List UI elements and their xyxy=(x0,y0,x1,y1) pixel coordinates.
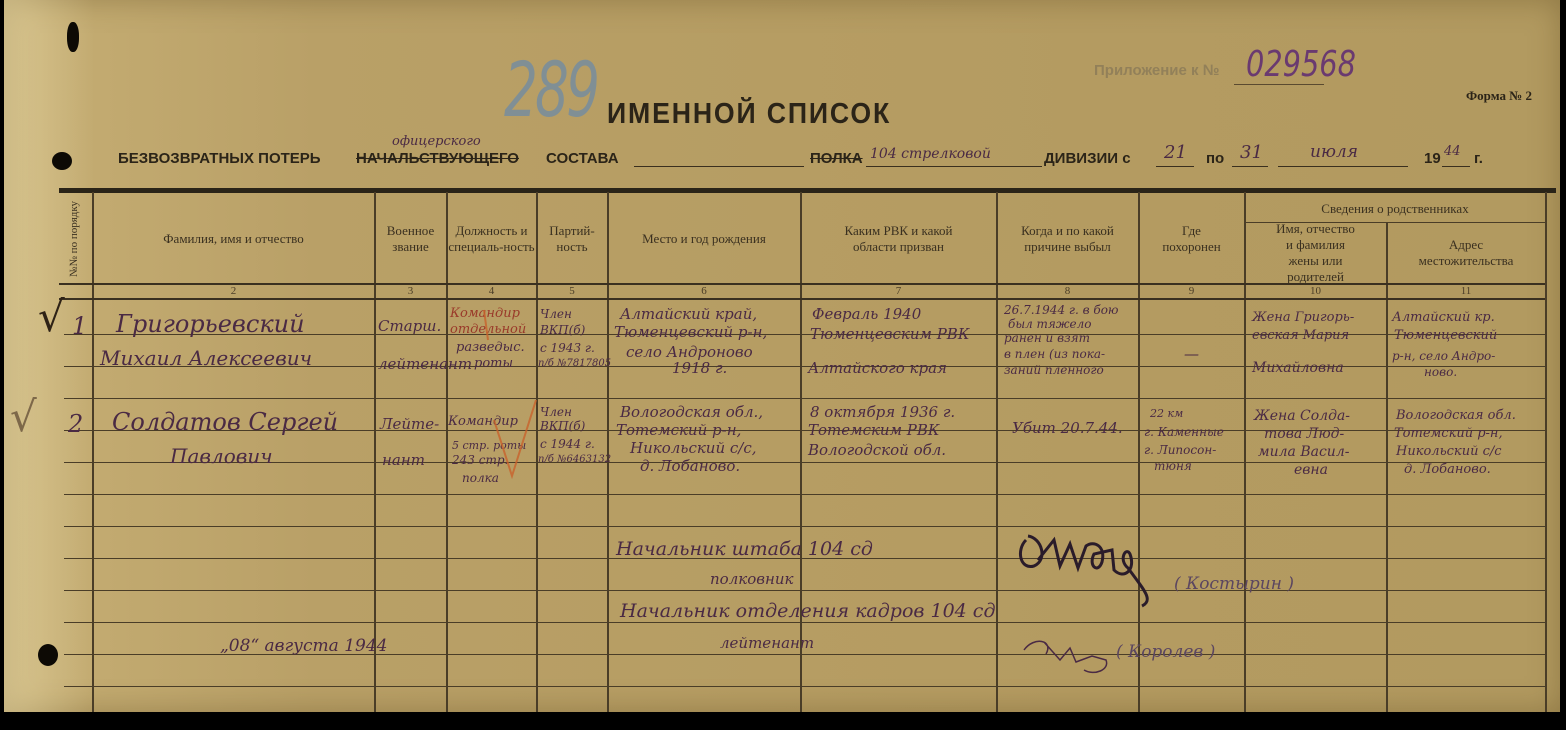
appendix-number: 029568 xyxy=(1246,44,1356,85)
unit-underline xyxy=(866,166,1042,167)
buried-value: — xyxy=(1184,346,1199,362)
rank-line: нант xyxy=(382,452,425,468)
buried-line: г. Каменные xyxy=(1144,424,1224,440)
punch-hole-bottom xyxy=(38,644,58,666)
chief-of-staff-title: Начальник штаба 104 сд xyxy=(616,538,873,560)
row-rule xyxy=(64,686,1545,687)
table-top-border xyxy=(59,188,1556,193)
document-page: 289 ИМЕННОЙ СПИСОК Приложение к № 029568… xyxy=(4,0,1560,712)
birth-line: Тюменцевский р-н, xyxy=(614,324,767,340)
col-number: 4 xyxy=(447,285,536,297)
document-title: ИМЕННОЙ СПИСОК xyxy=(607,98,891,131)
relative-line: Жена Солда- xyxy=(1254,408,1350,424)
punch-hole-top xyxy=(67,22,79,52)
left-line: Убит 20.7.44. xyxy=(1012,420,1123,436)
drafted-line: Алтайского края xyxy=(808,360,947,376)
birth-line: село Андроново xyxy=(626,344,753,360)
document-date: „08“ августа 1944 xyxy=(220,636,387,656)
header-col-11: Адрес местожительства xyxy=(1387,223,1545,283)
drafted-line: Вологодской обл. xyxy=(808,442,946,458)
person-given-names: Михаил Алексеевич xyxy=(100,346,312,370)
unit-name: 104 стрелковой xyxy=(870,146,991,162)
personnel-chief-name: ( Королев ) xyxy=(1116,642,1215,662)
address-line: Тотемский р-н, xyxy=(1394,426,1503,442)
checkmark-icon: √ xyxy=(10,392,37,441)
year-end: г. xyxy=(1474,150,1483,167)
relative-line: това Люд- xyxy=(1264,426,1344,442)
row-rule xyxy=(64,622,1545,623)
row-rule xyxy=(64,590,1545,591)
buried-line: 22 км xyxy=(1150,406,1183,422)
address-line: ново. xyxy=(1424,364,1457,380)
year-underline xyxy=(1442,166,1470,167)
relative-line: евская Мария xyxy=(1252,328,1349,344)
col-number: 8 xyxy=(997,285,1138,297)
person-surname: Григорьевский xyxy=(116,310,305,338)
left-line: в плен (из пока- xyxy=(1004,346,1105,362)
drafted-line: 8 октября 1936 г. xyxy=(810,404,955,420)
punch-hole-middle xyxy=(52,152,72,170)
from-day: 21 xyxy=(1164,142,1187,163)
from-day-underline xyxy=(1156,166,1194,167)
row-rule xyxy=(64,526,1545,527)
header-col-5: Партий-ность xyxy=(537,196,607,282)
month-underline xyxy=(1278,166,1408,167)
subtitle-struck-regiment: ПОЛКА xyxy=(810,150,863,167)
to-day-underline xyxy=(1232,166,1268,167)
archive-stamp-number: 289 xyxy=(504,45,597,134)
subtitle-suffix: СОСТАВА xyxy=(546,150,619,167)
header-col-2: Фамилия, имя и отчество xyxy=(93,196,374,282)
relative-line: Михайловна xyxy=(1252,360,1344,376)
drafted-line: Тотемским РВК xyxy=(808,422,940,438)
row-number: 1 xyxy=(72,312,87,340)
col-number: 2 xyxy=(93,285,374,297)
col-number: 6 xyxy=(608,285,800,297)
left-line: ранен и взят xyxy=(1004,330,1090,346)
birth-line: Никольский с/с, xyxy=(630,440,757,456)
year-suffix: 44 xyxy=(1444,144,1461,159)
relative-line: Жена Григорь- xyxy=(1252,310,1354,326)
relative-line: евна xyxy=(1294,462,1328,478)
col-divider xyxy=(1545,192,1547,712)
chief-of-staff-name: ( Костырин ) xyxy=(1174,574,1294,594)
year-prefix: 19 xyxy=(1424,150,1441,167)
birth-line: 1918 г. xyxy=(672,360,727,376)
header-label: №№ по порядку xyxy=(66,201,82,277)
personnel-signature-icon xyxy=(1014,630,1124,690)
birth-line: Алтайский край, xyxy=(620,306,757,322)
birth-line: Тотемский р-н, xyxy=(616,422,741,438)
birth-line: Вологодская обл., xyxy=(620,404,763,420)
address-line: Тюменцевский xyxy=(1394,328,1497,344)
row-rule xyxy=(64,494,1545,495)
buried-line: г. Липосон- xyxy=(1144,442,1216,458)
chief-signature-icon xyxy=(1014,510,1174,610)
personnel-chief-rank: лейтенант xyxy=(720,634,814,652)
month: июля xyxy=(1310,142,1358,162)
address-line: Вологодская обл. xyxy=(1396,408,1516,424)
birth-line: д. Лобаново. xyxy=(640,458,740,474)
form-label: Форма № 2 xyxy=(1466,88,1532,104)
division-label: ДИВИЗИИ с xyxy=(1044,150,1131,167)
personnel-chief-title: Начальник отделения кадров 104 сд xyxy=(620,600,995,622)
person-surname-and-given: Солдатов Сергей xyxy=(112,408,338,436)
col-number: 10 xyxy=(1245,285,1386,297)
header-group-relatives: Сведения о родственниках xyxy=(1245,196,1545,222)
appendix-label: Приложение к № xyxy=(1094,62,1219,79)
header-col-9: Где похоронен xyxy=(1139,196,1244,282)
address-line: Алтайский кр. xyxy=(1392,310,1495,326)
checkmark-icon: √ xyxy=(38,292,65,341)
relative-line: мила Васил- xyxy=(1258,444,1349,460)
blank-line xyxy=(634,166,804,167)
red-check-mark-icon xyxy=(474,300,554,490)
header-col-3: Военное звание xyxy=(375,196,446,282)
address-line: р-н, село Андро- xyxy=(1392,348,1495,364)
col-number: 3 xyxy=(375,285,446,297)
subtitle-inserted-word: офицерского xyxy=(392,134,481,149)
row-rule xyxy=(64,398,1545,399)
header-col-10: Имя, отчество и фамилия жены или родител… xyxy=(1245,223,1386,283)
header-col-8: Когда и по какой причине выбыл xyxy=(997,196,1138,282)
column-number-border xyxy=(59,298,1545,300)
col-number: 5 xyxy=(537,285,607,297)
drafted-line: Тюменцевским РВК xyxy=(810,326,969,342)
col-number: 11 xyxy=(1387,285,1545,297)
address-line: д. Лобаново. xyxy=(1404,462,1491,478)
person-patronymic: Павлович xyxy=(170,444,273,468)
drafted-line: Февраль 1940 xyxy=(812,306,921,322)
chief-of-staff-rank: полковник xyxy=(710,570,793,588)
to-label: по xyxy=(1206,150,1224,167)
header-col-1: №№ по порядку xyxy=(56,196,92,282)
buried-line: тюня xyxy=(1154,458,1192,474)
rank-line: лейтенант xyxy=(378,356,472,372)
rank-line: Лейте- xyxy=(380,416,439,432)
subtitle-prefix: БЕЗВОЗВРАТНЫХ ПОТЕРЬ xyxy=(118,150,321,167)
left-line: заний пленного xyxy=(1004,362,1104,378)
subtitle-struck-word: НАЧАЛЬСТВУЮЩЕГО xyxy=(356,150,519,167)
address-line: Никольский с/с xyxy=(1396,444,1502,460)
header-col-6: Место и год рождения xyxy=(608,196,800,282)
col-number: 9 xyxy=(1139,285,1244,297)
to-day: 31 xyxy=(1240,142,1263,163)
col-number: 7 xyxy=(801,285,996,297)
rank-line: Старш. xyxy=(378,318,441,334)
row-number: 2 xyxy=(68,410,83,438)
header-col-7: Каким РВК и какой области призван xyxy=(801,196,996,282)
header-col-4: Должность и специаль-ность xyxy=(447,196,536,282)
